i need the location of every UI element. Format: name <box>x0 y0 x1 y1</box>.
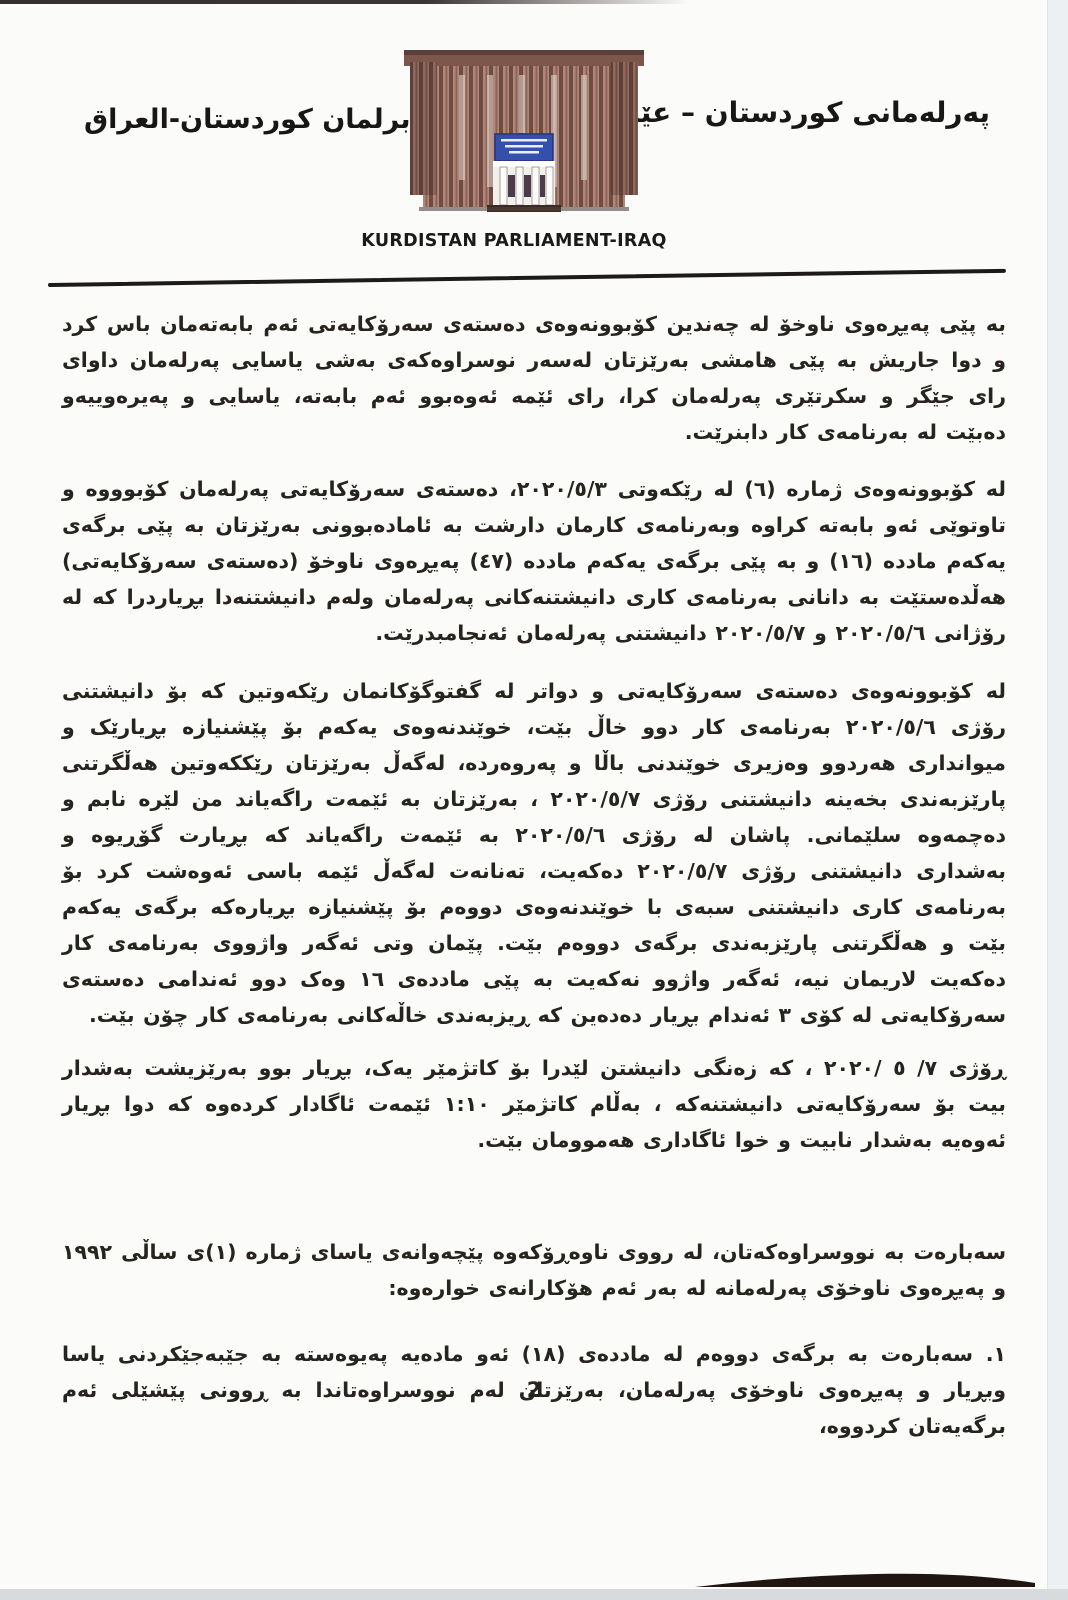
paragraph-letter-contradicts-law: سەبارەت به نووسراوەکەتان، له رووی ناوەڕۆ… <box>62 1234 1006 1306</box>
scan-background-edge-bottom <box>0 1589 1068 1600</box>
paragraph-meeting-no6-decision: له کۆبوونەوەی ژماره (٦) له رێکەوتی ٢٠٢٠/… <box>62 471 1006 651</box>
letter-body: به پێی پەیڕەوی ناوخۆ له چەندین کۆبوونەوە… <box>62 306 1006 1444</box>
parliament-title-arabic: برلمان كوردستان-العراق <box>84 104 411 135</box>
scan-artifact-page-curl <box>695 1571 1035 1589</box>
paragraph-internal-bylaw-discussion: به پێی پەیڕەوی ناوخۆ له چەندین کۆبوونەوە… <box>62 306 1006 450</box>
page-number: 2 <box>62 1378 1006 1402</box>
paragraph-agenda-agreement-details: له کۆبوونەوەی دەستەی سەرۆکایەتی و دواتر … <box>62 673 1006 1033</box>
parliament-title-english: KURDISTAN PARLIAMENT-IRAQ <box>338 231 690 251</box>
scan-background-edge-right <box>1047 0 1068 1600</box>
scan-artifact-top-line <box>0 0 690 4</box>
header-divider-rule <box>48 269 1006 287</box>
parliament-building-icon <box>399 47 649 230</box>
paragraph-session-bell-notice: ڕۆژی ٧/ ٥ /٢٠٢٠ ، که زەنگی دانیشتن لێدرا… <box>62 1050 1006 1158</box>
scanned-document-page: پەرلەمانی کوردستان – عێراق برلمان كوردست… <box>0 0 1068 1600</box>
